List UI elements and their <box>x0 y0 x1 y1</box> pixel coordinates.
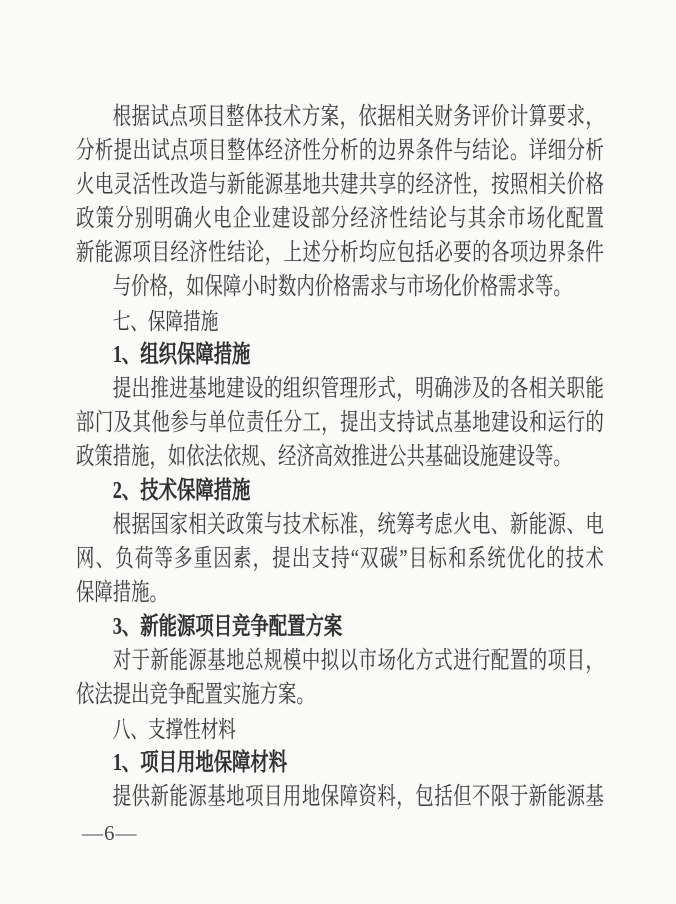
subsection-heading-2-tech: 2、技术保障措施 <box>76 474 604 508</box>
body-line: 根据试点项目整体技术方案，依据相关财务评价计算要求， <box>76 100 604 134</box>
body-line: 新能源项目经济性结论，上述分析均应包括必要的各项边界条件 <box>76 236 604 270</box>
body-line: 与价格，如保障小时数内价格需求与市场化价格需求等。 <box>76 270 604 304</box>
body-line: 政策措施，如依法依规、经济高效推进公共基础设施建设等。 <box>76 440 604 474</box>
document-page: 根据试点项目整体技术方案，依据相关财务评价计算要求， 分析提出试点项目整体经济性… <box>0 0 676 904</box>
subsection-heading-1-org: 1、组织保障措施 <box>76 338 604 372</box>
subsection-heading-1-land: 1、项目用地保障材料 <box>76 746 604 780</box>
body-line: 保障措施。 <box>76 576 604 610</box>
body-line: 提出推进基地建设的组织管理形式，明确涉及的各相关职能 <box>76 372 604 406</box>
body-line: 部门及其他参与单位责任分工，提出支持试点基地建设和运行的 <box>76 406 604 440</box>
body-line: 对于新能源基地总规模中拟以市场化方式进行配置的项目， <box>76 644 604 678</box>
subsection-heading-3-config: 3、新能源项目竞争配置方案 <box>76 610 604 644</box>
body-line: 提供新能源基地项目用地保障资料，包括但不限于新能源基 <box>76 780 604 814</box>
body-line: 根据国家相关政策与技术标准，统筹考虑火电、新能源、电 <box>76 508 604 542</box>
body-line: 火电灵活性改造与新能源基地共建共享的经济性，按照相关价格 <box>76 168 604 202</box>
section-heading-8: 八、支撑性材料 <box>76 712 604 746</box>
document-text-block: 根据试点项目整体技术方案，依据相关财务评价计算要求， 分析提出试点项目整体经济性… <box>76 100 604 814</box>
body-line: 网、负荷等多重因素，提出支持“双碳”目标和系统优化的技术 <box>76 542 604 576</box>
section-heading-7: 七、保障措施 <box>76 304 604 338</box>
page-number: —6— <box>82 820 138 846</box>
body-line: 政策分别明确火电企业建设部分经济性结论与其余市场化配置 <box>76 202 604 236</box>
body-line: 分析提出试点项目整体经济性分析的边界条件与结论。详细分析 <box>76 134 604 168</box>
body-line: 依法提出竞争配置实施方案。 <box>76 678 604 712</box>
